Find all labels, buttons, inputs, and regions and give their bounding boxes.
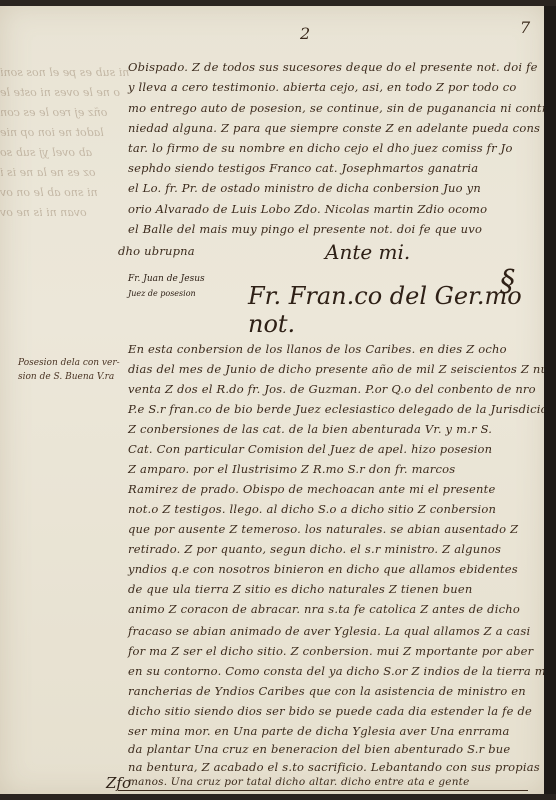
ante-mi: Ante mi. bbox=[325, 240, 410, 264]
folio-number: 7 bbox=[520, 18, 530, 37]
text-line: manos. Una cruz por tatal dicho altar. d… bbox=[128, 776, 470, 788]
page-edge bbox=[544, 0, 556, 800]
text-line: venta Z dos el R.do fr. Jos. de Guzman. … bbox=[128, 382, 536, 396]
text-line: En esta conbersion de los llanos de los … bbox=[128, 342, 507, 356]
text-line: da plantar Una cruz en beneracion del bi… bbox=[128, 742, 510, 756]
text-line: not.o Z testigos. llego. al dicho S.o a … bbox=[128, 502, 496, 516]
text-line: el Lo. fr. Pr. de ostado ministro de dic… bbox=[128, 181, 481, 195]
text-line: de que ula tierra Z sitio es dicho natur… bbox=[128, 582, 472, 596]
text-line: en su contorno. Como consta del ya dicho… bbox=[128, 664, 556, 678]
scan-border-top bbox=[0, 0, 556, 6]
text-line: Z amparo. por el Ilustrisimo Z R.mo S.r … bbox=[128, 462, 455, 476]
text-line: y lleva a cero testimonio. abierta cejo,… bbox=[128, 80, 517, 94]
text-line: orio Alvarado de Luis Lobo Zdo. Nicolas … bbox=[128, 202, 487, 216]
text-line: dicho sitio siendo dios ser bido se pued… bbox=[128, 704, 532, 718]
bleed-through-text: o ne le oves ni oste le bbox=[0, 86, 120, 99]
top-mark: 2 bbox=[300, 24, 310, 43]
text-line: dho ubrupna bbox=[118, 244, 195, 258]
bleed-through-text: ni sno ab le on ov bbox=[0, 186, 98, 199]
bleed-through-text: oñz ej reo le es con bbox=[0, 106, 107, 119]
bleed-through-text: ladot ne ion op nie bbox=[0, 126, 104, 139]
signature-left-title: Juez de posesion bbox=[128, 289, 196, 298]
text-line: na bentura, Z acabado el s.to sacrificio… bbox=[128, 760, 540, 774]
text-line: Ramirez de prado. Obispo de mechoacan an… bbox=[128, 482, 495, 496]
notary-rubric-icon: § bbox=[500, 264, 515, 299]
manuscript-page: ni sub es pe el nos soni o ne le oves ni… bbox=[0, 4, 548, 796]
margin-note: Posesion dela con ver- bbox=[18, 358, 120, 368]
text-line: rancherias de Yndios Caribes que con la … bbox=[128, 684, 526, 698]
text-line: retirado. Z por quanto, segun dicho. el … bbox=[128, 542, 501, 556]
text-line: for ma Z ser el dicho sitio. Z conbersio… bbox=[128, 644, 533, 658]
bleed-through-text: ab ovel yj sub so bbox=[0, 146, 92, 159]
text-line: P.e S.r fran.co de bio berde Juez eclesi… bbox=[128, 402, 555, 416]
text-line: tar. lo firmo de su nombre en dicho cejo… bbox=[128, 141, 513, 155]
text-line: yndios q.e con nosotros binieron en dich… bbox=[128, 562, 518, 576]
bottom-folio-mark: Zfo bbox=[106, 774, 131, 792]
text-line: el Balle del mais muy pingo el presente … bbox=[128, 222, 482, 236]
text-line: mo entrego auto de posesion, se continue… bbox=[128, 101, 554, 115]
text-line: fracaso se abian animado de aver Yglesia… bbox=[128, 624, 530, 638]
text-line: niedad alguna. Z para que siempre conste… bbox=[128, 121, 540, 135]
scan-border-bottom bbox=[0, 794, 556, 800]
text-line: que por ausente Z temeroso. los naturale… bbox=[128, 522, 518, 536]
bleed-through-text: ni sub es pe el nos soni bbox=[0, 66, 129, 79]
margin-note: sion de S. Buena V.ra bbox=[18, 372, 114, 382]
closing-rule bbox=[118, 790, 528, 791]
text-line: animo Z coracon de abracar. nra s.ta fe … bbox=[128, 602, 520, 616]
bleed-through-text: ovan ni is ne ov bbox=[0, 206, 87, 219]
text-line: Z conbersiones de las cat. de la bien ab… bbox=[128, 422, 492, 436]
bleed-through-text: oz es ne la ne is i bbox=[0, 166, 96, 179]
text-line: dias del mes de Junio de dicho presente … bbox=[128, 362, 555, 376]
text-line: Cat. Con particular Comision del Juez de… bbox=[128, 442, 492, 456]
text-line: ser mina mor. en Una parte de dicha Ygle… bbox=[128, 724, 510, 738]
signature-left-name: Fr. Juan de Jesus bbox=[128, 274, 205, 284]
text-line: Obispado. Z de todos sus sucesores deque… bbox=[128, 60, 538, 74]
text-line: sephdo siendo testigos Franco cat. Josep… bbox=[128, 161, 478, 175]
